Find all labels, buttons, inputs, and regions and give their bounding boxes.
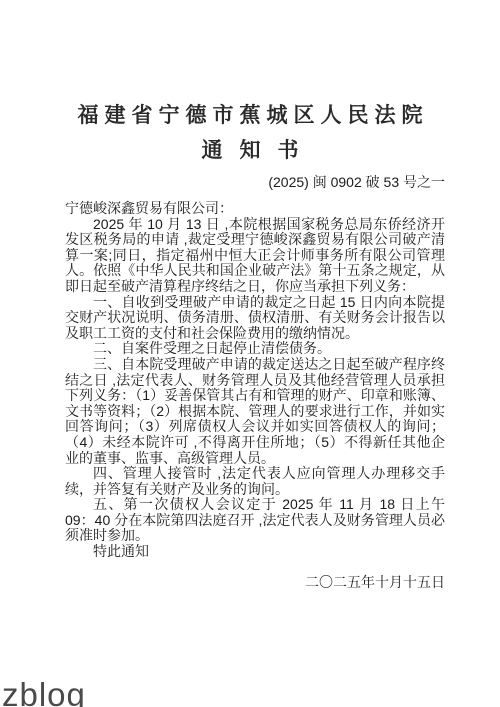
document-date: 二〇二五年十月十五日: [65, 575, 445, 591]
document-type-heading: 通知书: [0, 134, 500, 164]
paragraph-duty-2: 二、自案件受理之日起停止清偿债务。: [65, 341, 445, 357]
paragraph-duty-4: 四、管理人接管时 ,法定代表人应向管理人办理移交手续，并答复有关财产及业务的询问…: [65, 466, 445, 497]
closing-line: 特此通知: [65, 544, 445, 560]
court-notice-document: 福建省宁德市蕉城区人民法院 通知书 (2025) 闽 0902 破 53 号之一…: [0, 0, 500, 707]
paragraph-duty-5: 五、第一次债权人会议定于 2025 年 11 月 18 日上午 09：40 分在…: [65, 497, 445, 544]
paragraph-duty-1: 一、自收到受理破产申请的裁定之日起 15 日内向本院提交财产状况说明、债务清册、…: [65, 295, 445, 342]
document-body: 宁德峻深鑫贸易有限公司： 2025 年 10 月 13 日 ,本院根据国家税务总…: [65, 201, 445, 590]
recipient-line: 宁德峻深鑫贸易有限公司：: [65, 201, 445, 217]
paragraph-duty-3: 三、自本院受理破产申请的裁定送达之日起至破产程序终结之日 ,法定代表人、财务管理…: [65, 357, 445, 466]
zblog-watermark: zblog: [2, 676, 86, 707]
paragraph-intro: 2025 年 10 月 13 日 ,本院根据国家税务总局东侨经济开发区税务局的申…: [65, 217, 445, 295]
case-number: (2025) 闽 0902 破 53 号之一: [268, 172, 445, 192]
court-name-heading: 福建省宁德市蕉城区人民法院: [0, 99, 500, 129]
